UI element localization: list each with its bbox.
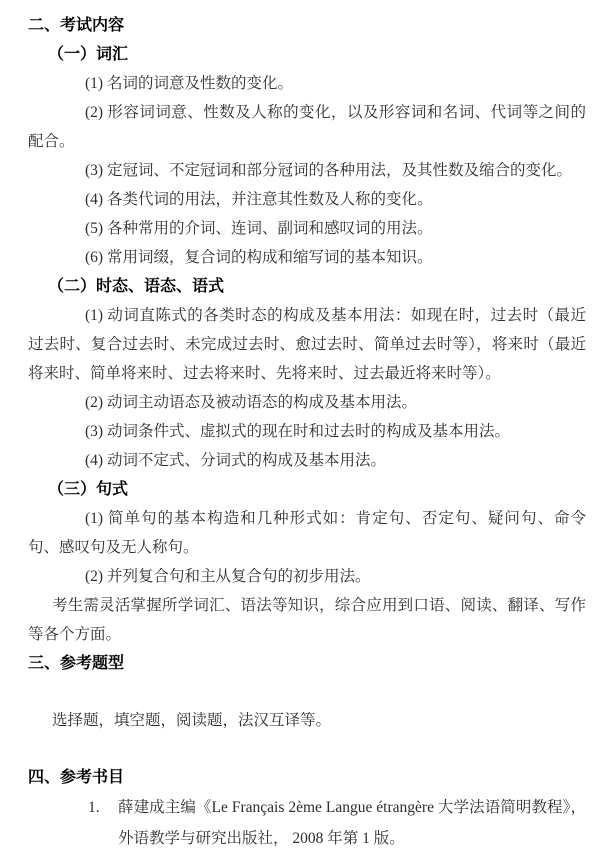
list-item: (3) 动词条件式、虚拟式的现在时和过去时的构成及基本用法。 [28,417,586,446]
spacer [28,735,586,763]
list-item: (2) 并列复合句和主从复合句的初步用法。 [28,562,586,591]
list-item: (1) 名词的词意及性数的变化。 [28,69,586,98]
list-item: (1) 动词直陈式的各类时态的构成及基本用法：如现在时，过去时（最近过去时、复合… [28,301,586,388]
list-item: (4) 各类代词的用法，并注意其性数及人称的变化。 [28,185,586,214]
section-heading-reference-question-types: 三、参考题型 [28,649,586,678]
list-item: (1) 简单句的基本构造和几种形式如：肯定句、否定句、疑问句、命令句、感叹句及无… [28,504,586,562]
list-item: (6) 常用词缀，复合词的构成和缩写词的基本知识。 [28,243,586,272]
closing-paragraph: 考生需灵活掌握所学词汇、语法等知识，综合应用到口语、阅读、翻译、写作等各个方面。 [28,591,586,649]
document-page: 二、考试内容 （一）词汇 (1) 名词的词意及性数的变化。 (2) 形容词词意、… [0,0,608,854]
section-heading-reference-books: 四、参考书目 [28,763,586,792]
list-item: (3) 定冠词、不定冠词和部分冠词的各种用法，及其性数及缩合的变化。 [28,156,586,185]
reference-number: 1. [88,792,100,823]
subsection-heading-sentence-patterns: （三）句式 [28,475,586,504]
subsection-heading-tense-voice-mood: （二）时态、语态、语式 [28,272,586,301]
list-item: (2) 动词主动语态及被动语态的构成及基本用法。 [28,388,586,417]
list-item: (5) 各种常用的介词、连词、副词和感叹词的用法。 [28,214,586,243]
section-heading-exam-content: 二、考试内容 [28,11,586,40]
reference-item: 1. 薛建成主编《Le Français 2ème Langue étrangè… [28,792,586,854]
subsection-heading-vocabulary: （一）词汇 [28,40,586,69]
question-types-paragraph: 选择题，填空题，阅读题，法汉互译等。 [28,706,586,735]
spacer [28,678,586,706]
list-item: (2) 形容词词意、性数及人称的变化，以及形容词和名词、代词等之间的配合。 [28,98,586,156]
reference-text: 薛建成主编《Le Français 2ème Langue étrangère … [118,799,586,847]
list-item: (4) 动词不定式、分词式的构成及基本用法。 [28,446,586,475]
